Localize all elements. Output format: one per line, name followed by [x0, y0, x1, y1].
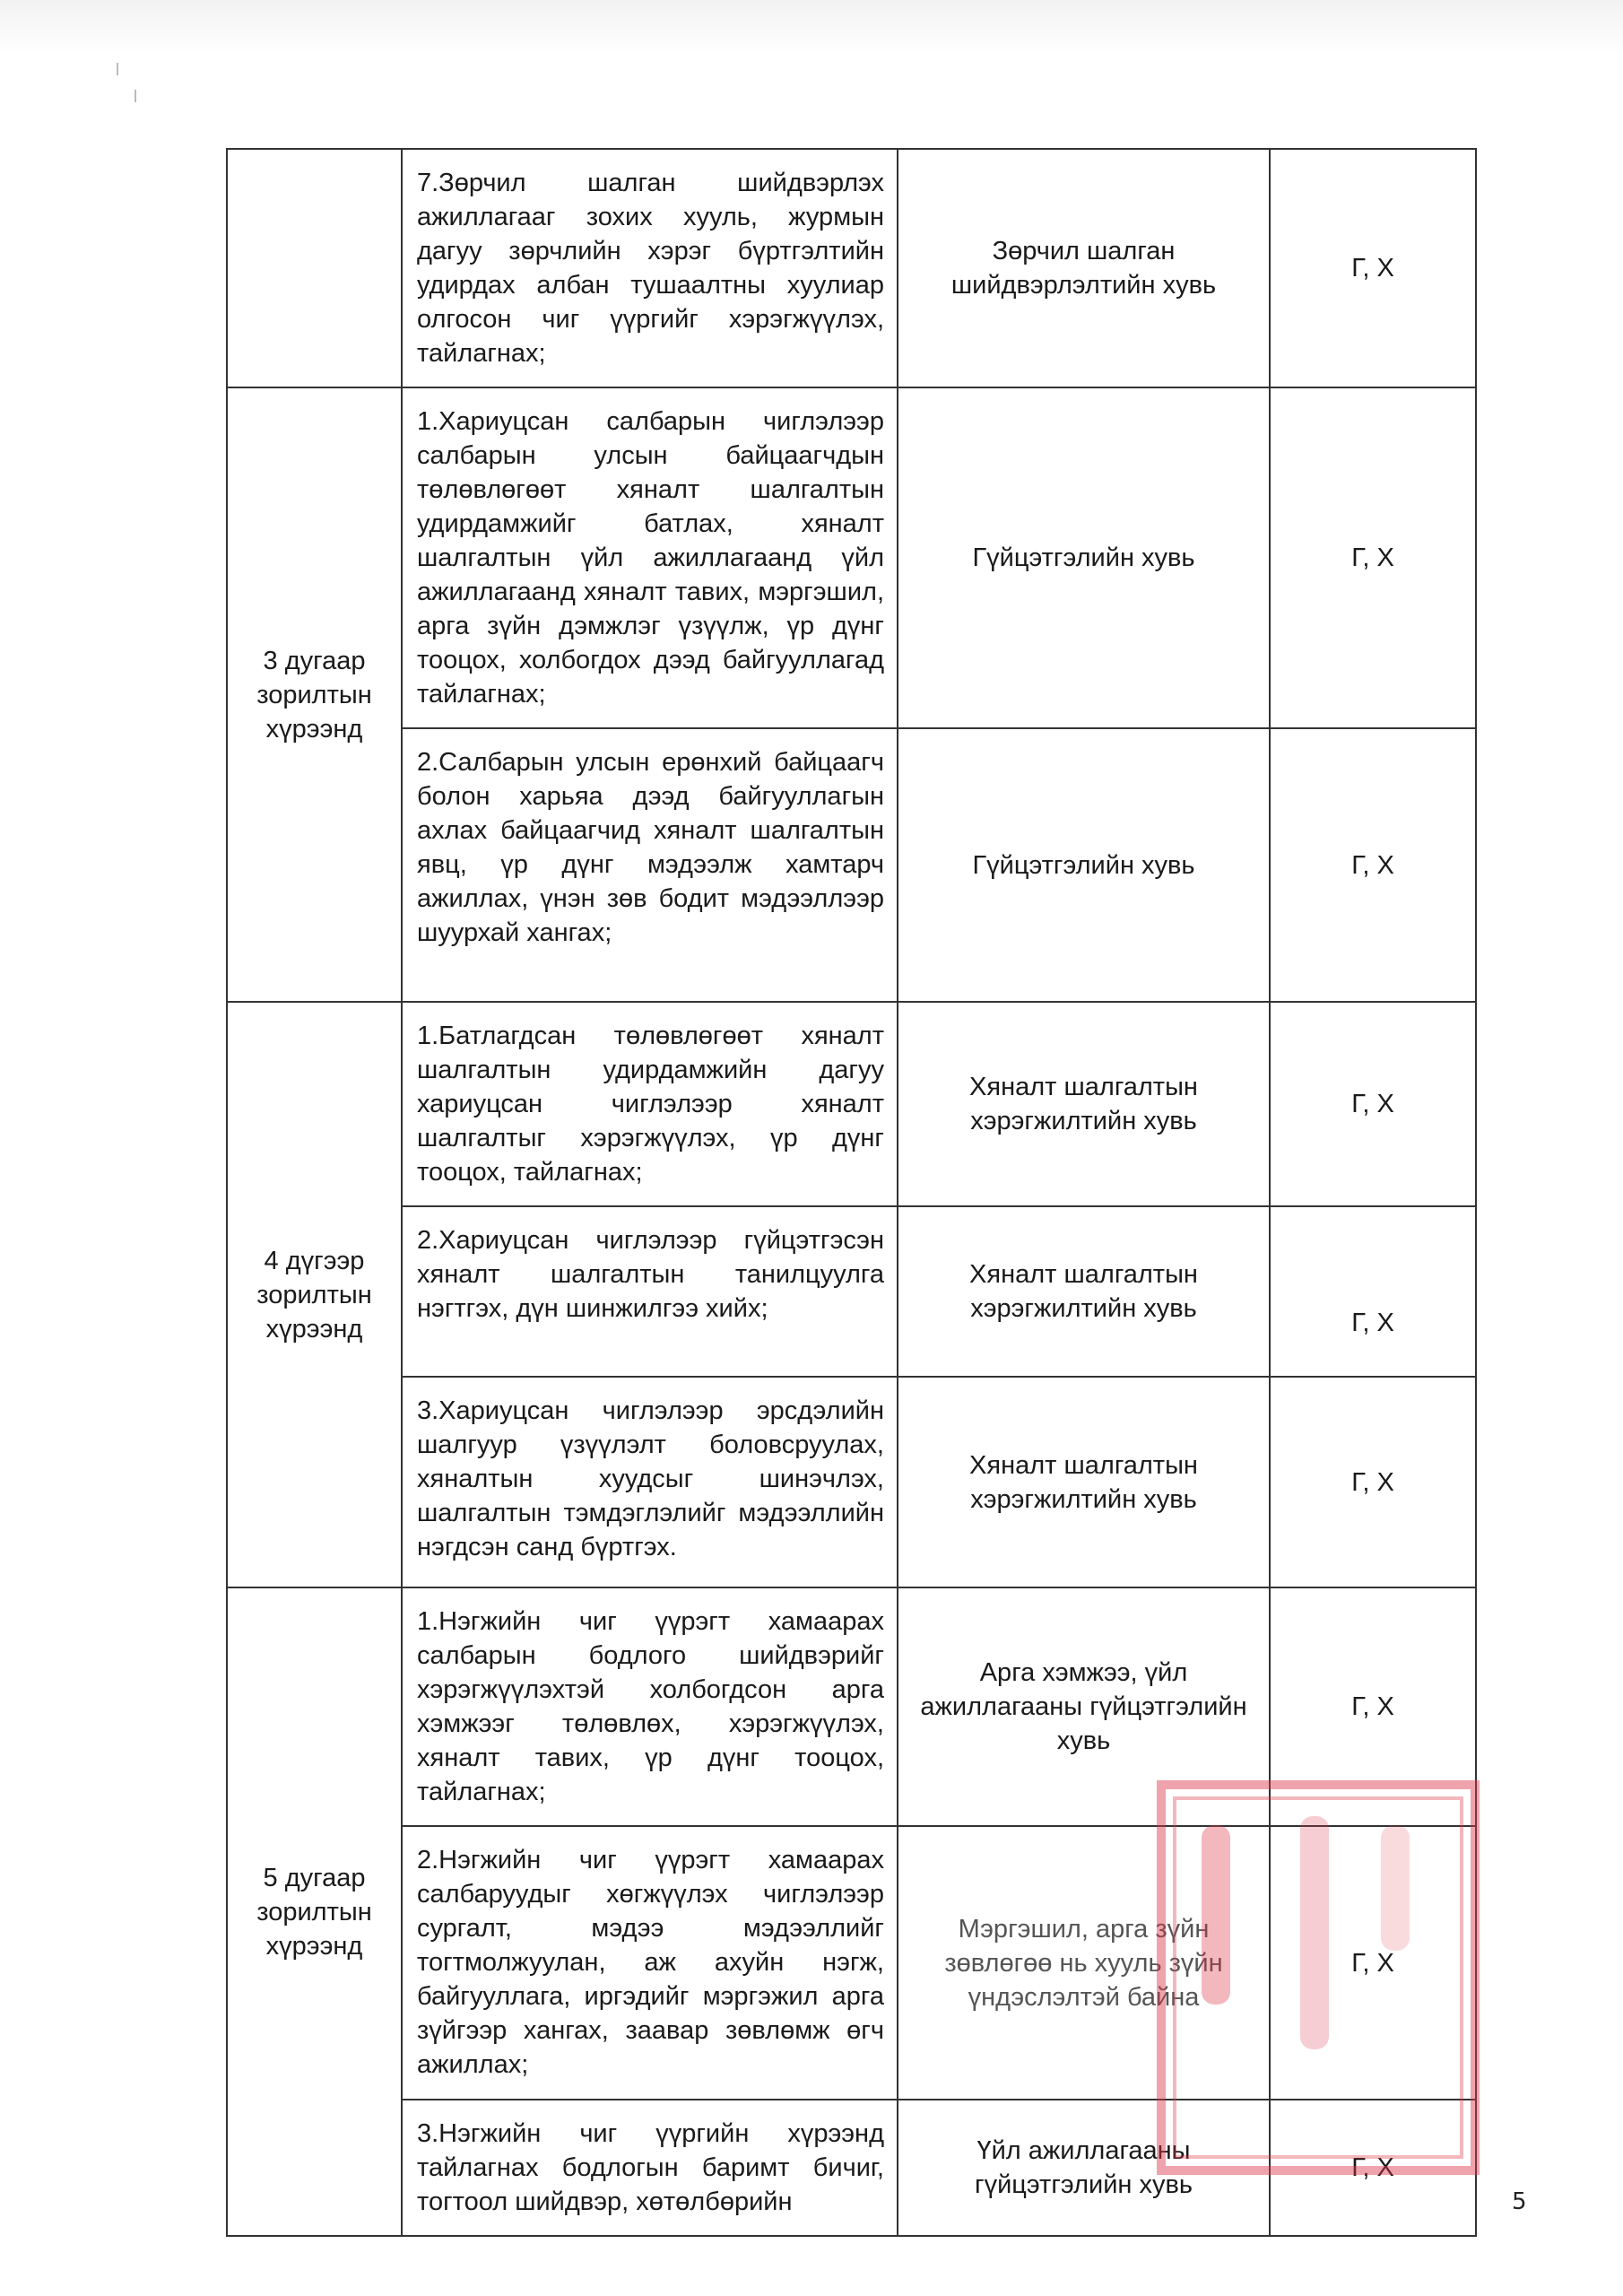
table-row: 4 дүгээр зорилтын хүрээнд 1.Батлагдсан т…	[227, 1002, 1476, 1206]
indicator-cell: Хяналт шалгалтын хэрэгжилтийн хувь	[898, 1206, 1270, 1377]
indicator-cell: Арга хэмжээ, үйл ажиллагааны гүйцэтгэлий…	[898, 1587, 1270, 1826]
table-row: 2.Нэгжийн чиг үүрэгт хамаарах салбарууды…	[227, 1826, 1476, 2100]
evaluation-cell: Г, Х	[1270, 2100, 1476, 2236]
indicator-cell: Мэргэшил, арга зүйн зөвлөгөө нь хууль зү…	[898, 1826, 1270, 2100]
task-text: 1.Нэгжийн чиг үүрэгт хамаарах салбарын б…	[417, 1605, 884, 1809]
task-text: 7.Зөрчил шалган шийдвэрлэх ажиллагааг зо…	[417, 166, 884, 370]
table-row: 3.Хариуцсан чиглэлээр эрсдэлийн шалгуур …	[227, 1377, 1476, 1587]
indicator-cell: Зөрчил шалган шийдвэрлэлтийн хувь	[898, 149, 1270, 387]
task-text: 1.Хариуцсан салбарын чиглэлээр салбарын …	[417, 404, 884, 711]
table-row: 2.Хариуцсан чиглэлээр гүйцэтгэсэн хяналт…	[227, 1206, 1476, 1377]
table-row: 7.Зөрчил шалган шийдвэрлэх ажиллагааг зо…	[227, 149, 1476, 387]
task-cell: 1.Батлагдсан төлөвлөгөөт хяналт шалгалты…	[402, 1002, 898, 1206]
goal-cell: 4 дүгээр зорилтын хүрээнд	[227, 1002, 402, 1587]
table-row: 3 дугаар зорилтын хүрээнд 1.Хариуцсан са…	[227, 387, 1476, 728]
evaluation-cell: Г, Х	[1270, 1587, 1476, 1826]
evaluation-cell: Г, Х	[1270, 1206, 1476, 1377]
task-cell: 1.Хариуцсан салбарын чиглэлээр салбарын …	[402, 387, 898, 728]
table-row: 2.Салбарын улсын ерөнхий байцаагч болон …	[227, 728, 1476, 1002]
task-cell: 7.Зөрчил шалган шийдвэрлэх ажиллагааг зо…	[402, 149, 898, 387]
task-cell: 2.Хариуцсан чиглэлээр гүйцэтгэсэн хяналт…	[402, 1206, 898, 1377]
objectives-table: 7.Зөрчил шалган шийдвэрлэх ажиллагааг зо…	[226, 148, 1477, 2237]
task-text: 3.Хариуцсан чиглэлээр эрсдэлийн шалгуур …	[417, 1394, 884, 1564]
evaluation-cell: Г, Х	[1270, 1002, 1476, 1206]
goal-cell	[227, 149, 402, 387]
goal-cell: 3 дугаар зорилтын хүрээнд	[227, 387, 402, 1002]
evaluation-cell: Г, Х	[1270, 1377, 1476, 1587]
task-text: 2.Салбарын улсын ерөнхий байцаагч болон …	[417, 745, 884, 950]
indicator-cell: Үйл ажиллагааны гүйцэтгэлийн хувь	[898, 2100, 1270, 2236]
goal-cell: 5 дугаар зорилтын хүрээнд	[227, 1587, 402, 2236]
table-row: 3.Нэгжийн чиг үүргийн хүрээнд тайлагнах …	[227, 2100, 1476, 2236]
task-cell: 1.Нэгжийн чиг үүрэгт хамаарах салбарын б…	[402, 1587, 898, 1826]
indicator-cell: Гүйцэтгэлийн хувь	[898, 728, 1270, 1002]
task-text: 2.Хариуцсан чиглэлээр гүйцэтгэсэн хяналт…	[417, 1223, 884, 1326]
task-cell: 3.Хариуцсан чиглэлээр эрсдэлийн шалгуур …	[402, 1377, 898, 1587]
task-cell: 2.Салбарын улсын ерөнхий байцаагч болон …	[402, 728, 898, 1002]
evaluation-cell: Г, Х	[1270, 1826, 1476, 2100]
evaluation-cell: Г, Х	[1270, 728, 1476, 1002]
scan-edge	[0, 0, 1623, 54]
task-text: 3.Нэгжийн чиг үүргийн хүрээнд тайлагнах …	[417, 2117, 884, 2219]
evaluation-cell: Г, Х	[1270, 149, 1476, 387]
page-number: 5	[1512, 2188, 1527, 2215]
task-cell: 3.Нэгжийн чиг үүргийн хүрээнд тайлагнах …	[402, 2100, 898, 2236]
indicator-cell: Хяналт шалгалтын хэрэгжилтийн хувь	[898, 1002, 1270, 1206]
scan-artifact	[135, 90, 136, 102]
scan-artifact	[117, 63, 118, 75]
indicator-cell: Гүйцэтгэлийн хувь	[898, 387, 1270, 728]
evaluation-cell: Г, Х	[1270, 387, 1476, 728]
table-row: 5 дугаар зорилтын хүрээнд 1.Нэгжийн чиг …	[227, 1587, 1476, 1826]
task-text: 1.Батлагдсан төлөвлөгөөт хяналт шалгалты…	[417, 1019, 884, 1189]
task-text: 2.Нэгжийн чиг үүрэгт хамаарах салбарууды…	[417, 1843, 884, 2082]
task-cell: 2.Нэгжийн чиг үүрэгт хамаарах салбарууды…	[402, 1826, 898, 2100]
indicator-cell: Хяналт шалгалтын хэрэгжилтийн хувь	[898, 1377, 1270, 1587]
